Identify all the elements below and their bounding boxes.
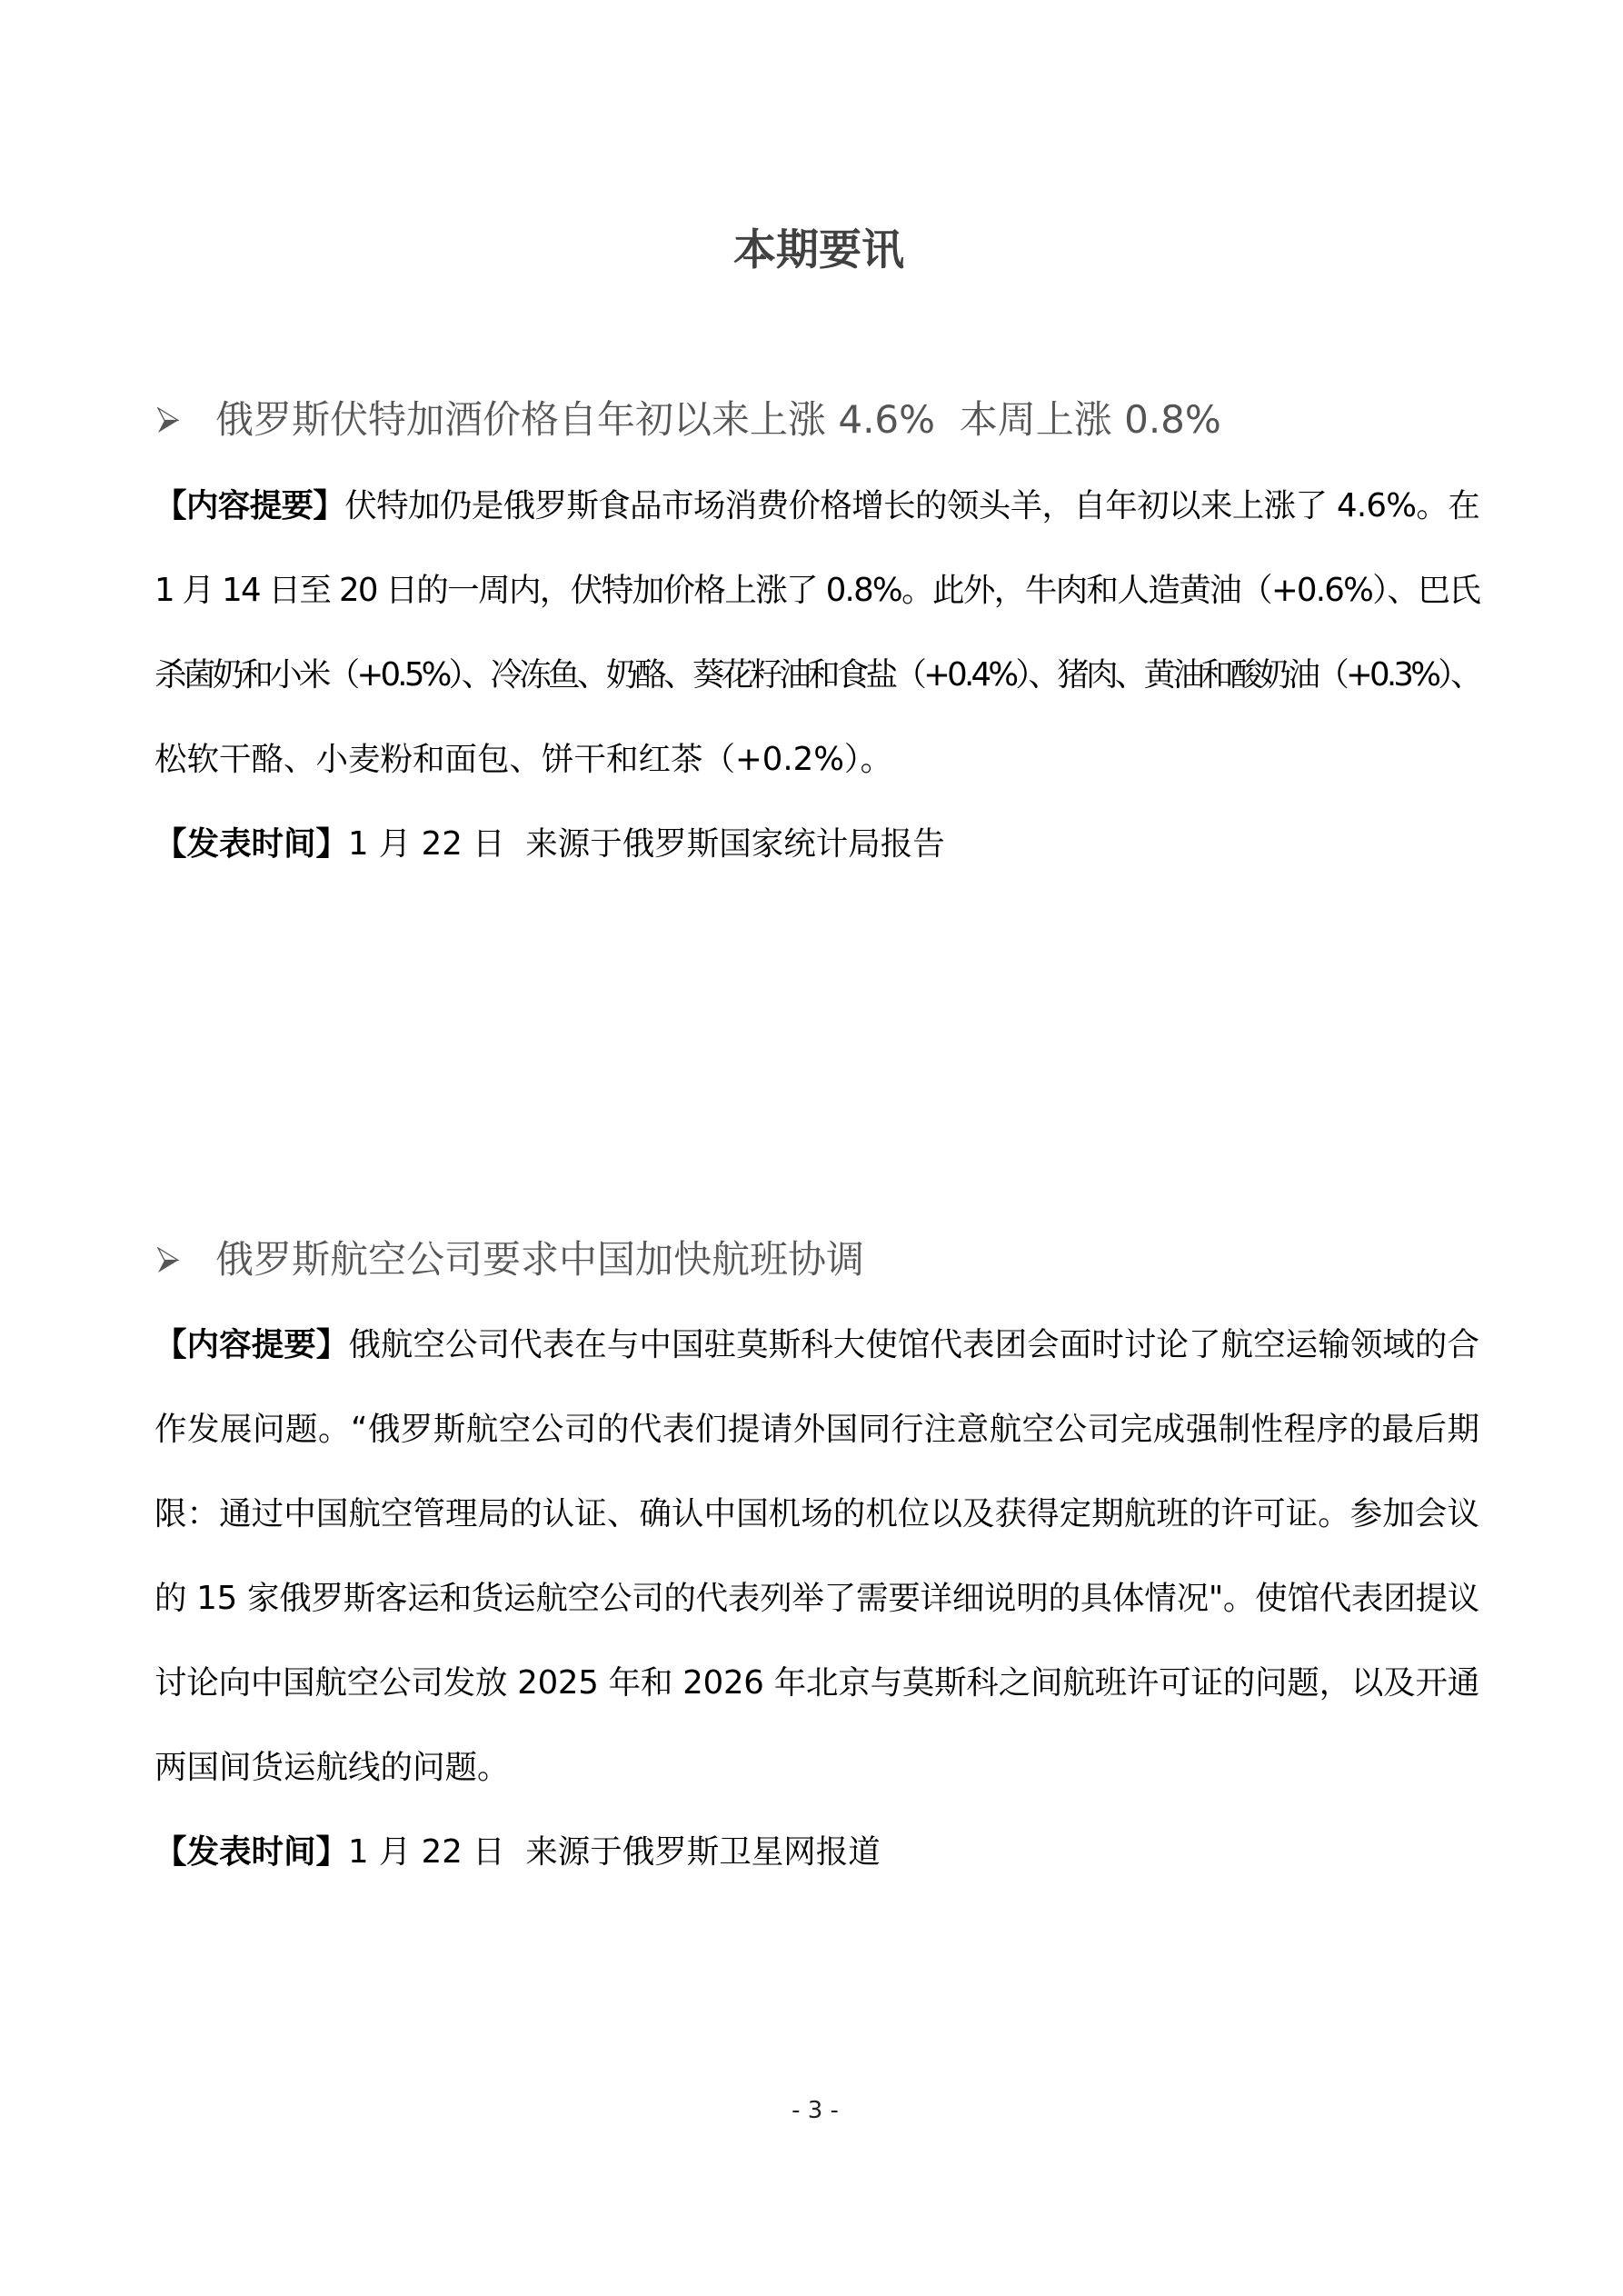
summary-line: 【内容提要】俄航空公司代表在与中国驻莫斯科大使馆代表团会面时讨论了航空运输领域的… xyxy=(154,1303,1479,1387)
summary-line: 两国间货运航线的问题。 xyxy=(154,1725,1479,1810)
arrow-bullet-icon xyxy=(157,1247,179,1273)
document-page: 本期要讯 俄罗斯伏特加酒价格自年初以来上涨 4.6% 本周上涨 0.8% 【内容… xyxy=(0,0,1623,2296)
summary-line: 【内容提要】伏特加仍是俄罗斯食品市场消费价格增长的领头羊，自年初以来上涨了 4.… xyxy=(154,464,1479,548)
summary-line: 限：通过中国航空管理局的认证、确认中国机场的机位以及获得定期航班的许可证。参加会… xyxy=(154,1472,1479,1556)
published-text: 1 月 22 日 来源于俄罗斯卫星网报道 xyxy=(348,1833,881,1871)
summary-label: 【内容提要】 xyxy=(154,487,344,524)
published-text: 1 月 22 日 来源于俄罗斯国家统计局报告 xyxy=(348,825,945,863)
article-headline: 俄罗斯航空公司要求中国加快航班协调 xyxy=(157,1233,864,1287)
page-title: 本期要讯 xyxy=(7,224,1623,278)
published-info: 【发表时间】1 月 22 日 来源于俄罗斯国家统计局报告 xyxy=(154,802,1479,886)
published-info: 【发表时间】1 月 22 日 来源于俄罗斯卫星网报道 xyxy=(154,1810,1479,1894)
article-headline: 俄罗斯伏特加酒价格自年初以来上涨 4.6% 本周上涨 0.8% xyxy=(157,393,1221,447)
arrow-bullet-icon xyxy=(157,407,179,434)
summary-text: 俄航空公司代表在与中国驻莫斯科大使馆代表团会面时讨论了航空运输领域的合 xyxy=(348,1326,1479,1363)
summary-line: 1 月 14 日至 20 日的一周内，伏特加价格上涨了 0.8%。此外，牛肉和人… xyxy=(154,548,1479,633)
summary-line: 作发展问题。“俄罗斯航空公司的代表们提请外国同行注意航空公司完成强制性程序的最后… xyxy=(154,1387,1479,1472)
headline-text: 俄罗斯航空公司要求中国加快航班协调 xyxy=(215,1233,864,1287)
summary-line: 杀菌奶和小米（+0.5%）、冷冻鱼、奶酪、葵花籽油和食盐（+0.4%）、猪肉、黄… xyxy=(154,633,1479,717)
summary-line: 讨论向中国航空公司发放 2025 年和 2026 年北京与莫斯科之间航班许可证的… xyxy=(154,1641,1479,1725)
summary-line: 松软干酪、小麦粉和面包、饼干和红茶（+0.2%）。 xyxy=(154,717,1479,802)
published-label: 【发表时间】 xyxy=(154,1833,348,1871)
published-label: 【发表时间】 xyxy=(154,825,348,863)
article-summary: 【内容提要】俄航空公司代表在与中国驻莫斯科大使馆代表团会面时讨论了航空运输领域的… xyxy=(154,1303,1479,1894)
summary-label: 【内容提要】 xyxy=(154,1326,348,1363)
article-summary: 【内容提要】伏特加仍是俄罗斯食品市场消费价格增长的领头羊，自年初以来上涨了 4.… xyxy=(154,464,1479,886)
summary-line: 的 15 家俄罗斯客运和货运航空公司的代表列举了需要详细说明的具体情况"。使馆代… xyxy=(154,1556,1479,1641)
summary-text: 伏特加仍是俄罗斯食品市场消费价格增长的领头羊，自年初以来上涨了 4.6%。在 xyxy=(344,487,1479,524)
headline-text: 俄罗斯伏特加酒价格自年初以来上涨 4.6% 本周上涨 0.8% xyxy=(215,393,1221,447)
page-number: - 3 - xyxy=(4,2097,1623,2124)
